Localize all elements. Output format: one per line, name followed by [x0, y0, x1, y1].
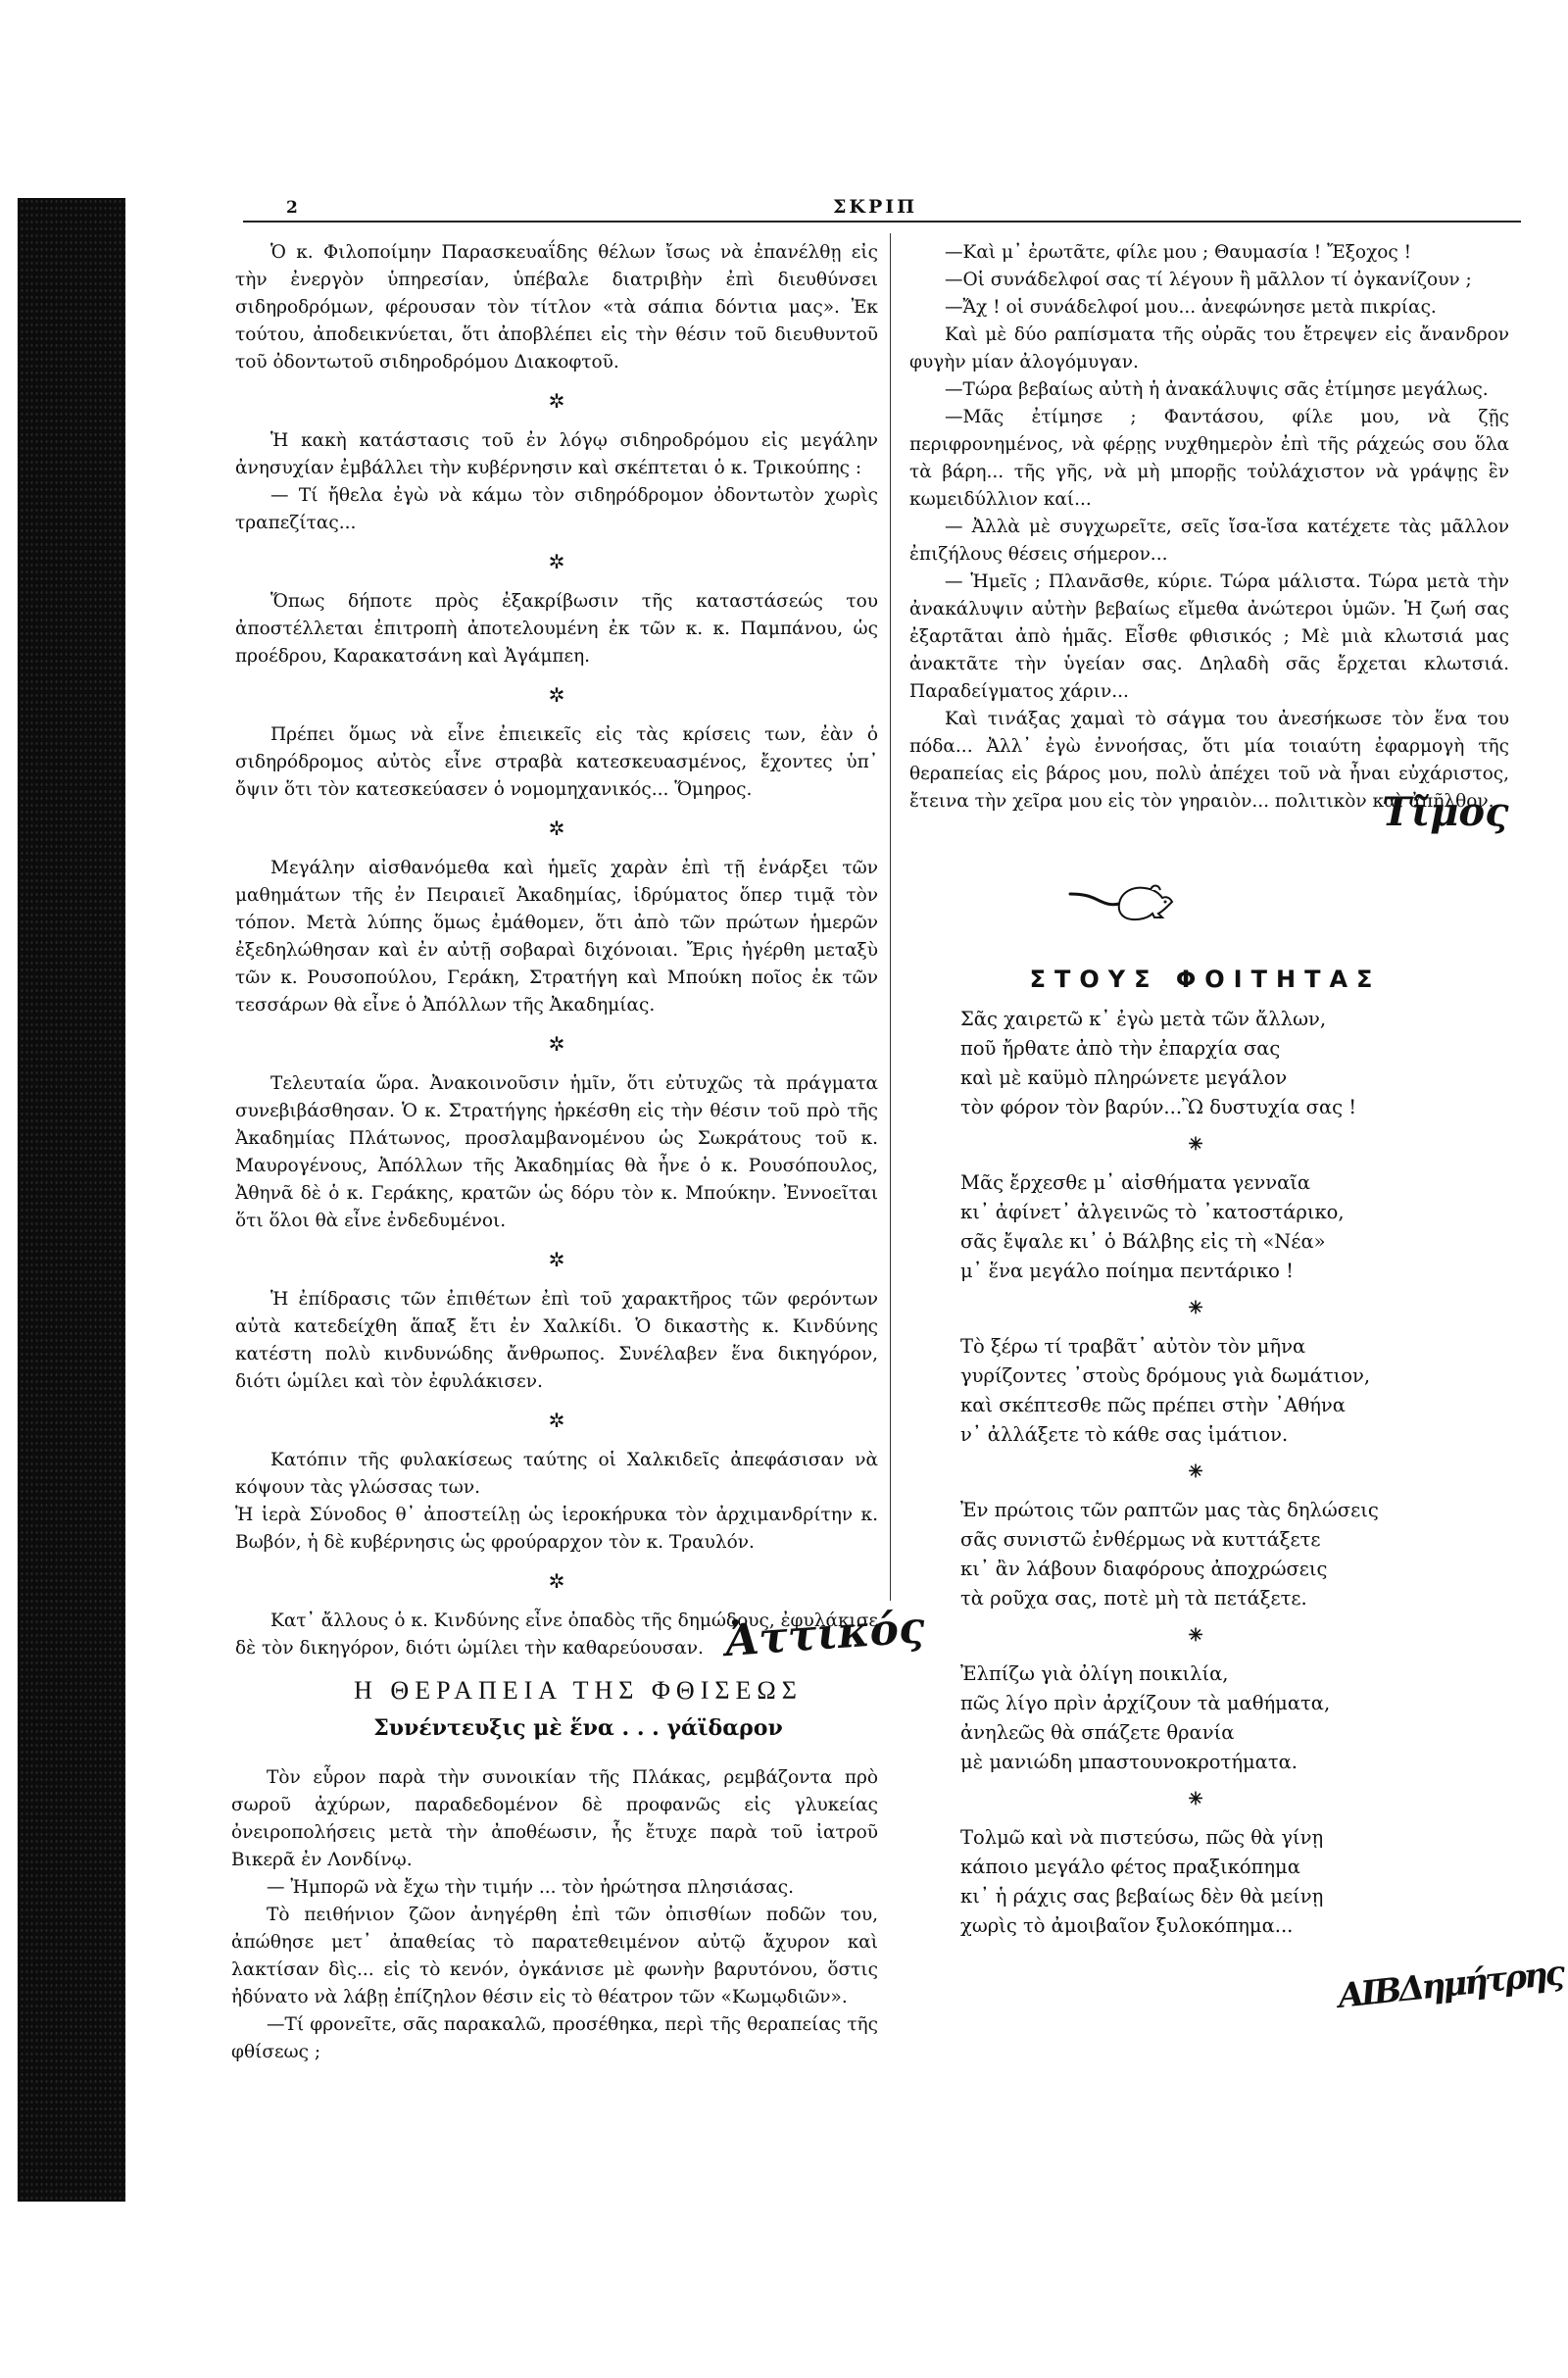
article-paragraph: —Μᾶς ἐτίμησε ; Φαντάσου, φίλε μου, νὰ ζῇ…: [909, 404, 1509, 514]
asterism-separator: ✲: [235, 1408, 878, 1433]
poem-line: καὶ σκέπτεσθε πῶς πρέπει στὴν ᾿Αθήνα: [960, 1391, 1450, 1420]
news-item: Ὁ κ. Φιλοποίμην Παρασκευαΐδης θέλων ἴσως…: [235, 239, 878, 376]
news-item: Ὅπως δήποτε πρὸς ἐξακρίβωσιν τῆς καταστά…: [235, 588, 878, 670]
poem-stanza: Ἐν πρώτοις τῶν ραπτῶν μας τὰς δηλώσειςσᾶ…: [960, 1496, 1450, 1613]
poem-line: ἀνηλεῶς θὰ σπάζετε θρανία: [960, 1718, 1450, 1748]
poem-separator: ✳: [951, 1134, 1441, 1155]
poem-line: ποῦ ἤρθατε ἀπὸ τὴν ἐπαρχία σας: [960, 1034, 1450, 1064]
poem-line: κι᾿ ἀφίνετ᾿ ἀλγεινῶς τὸ ᾿κατοστάρικο,: [960, 1198, 1450, 1227]
left-column-news: Ὁ κ. Φιλοποίμην Παρασκευαΐδης θέλων ἴσως…: [235, 239, 878, 1662]
news-item: Ἡ κακὴ κατάστασις τοῦ ἐν λόγῳ σιδηροδρόμ…: [235, 427, 878, 482]
poem-body: Σᾶς χαιρετῶ κ᾿ ἐγὼ μετὰ τῶν ἄλλων,ποῦ ἤρ…: [960, 1005, 1450, 1941]
article-paragraph: — Ἀλλὰ μὲ συγχωρεῖτε, σεῖς ἴσα-ἴσα κατέχ…: [909, 514, 1509, 569]
news-item: Πρέπει ὅμως νὰ εἶνε ἐπιεικεῖς εἰς τὰς κρ…: [235, 721, 878, 804]
poem-stanza: Μᾶς ἔρχεσθε μ᾿ αἰσθήματα γενναῖακι᾿ ἀφίν…: [960, 1168, 1450, 1286]
signature-poet: ΑΙΒΔημήτρης: [1337, 1954, 1565, 2016]
news-item: Κατόπιν τῆς φυλακίσεως ταύτης οἱ Χαλκιδε…: [235, 1447, 878, 1502]
poem-line: Ἐλπίζω γιὰ ὀλίγη ποικιλία,: [960, 1660, 1450, 1689]
poem-title: ΣΤΟΥΣ ΦΟΙΤΗΤΑΣ: [990, 966, 1421, 993]
page-number: 2: [286, 198, 298, 218]
mouse-illustration-icon: [1068, 882, 1186, 931]
news-item: — Τί ἤθελα ἐγὼ νὰ κάμω τὸν σιδηρόδρομον …: [235, 482, 878, 537]
news-item: Μεγάλην αἰσθανόμεθα καὶ ἡμεῖς χαρὰν ἐπὶ …: [235, 855, 878, 1019]
asterism-separator: ✲: [235, 1568, 878, 1594]
article-paragraph: Τὸν εὗρον παρὰ τὴν συνοικίαν τῆς Πλάκας,…: [231, 1764, 878, 1874]
poem-line: μ᾿ ἕνα μεγάλο ποίημα πεντάρικο !: [960, 1257, 1450, 1286]
poem-separator: ✳: [951, 1298, 1441, 1318]
poem-line: σᾶς συνιστῶ ἐνθέρμως νὰ κυττάξετε: [960, 1525, 1450, 1555]
newspaper-masthead: ΣΚΡΙΠ: [833, 196, 917, 218]
column-divider: [890, 233, 891, 1601]
poem-stanza: Τὸ ξέρω τί τραβᾶτ᾿ αὐτὸν τὸν μῆναγυρίζον…: [960, 1332, 1450, 1450]
poem-stanza: Τολμῶ καὶ νὰ πιστεύσω, πῶς θὰ γίνῃκάποιο…: [960, 1823, 1450, 1941]
article-paragraph: — Ἠμπορῶ νὰ ἔχω τὴν τιμήν ... τὸν ἠρώτησ…: [231, 1874, 878, 1902]
article-title: Η ΘΕΡΑΠΕΙΑ ΤΗΣ ΦΘΙΣΕΩΣ: [294, 1676, 862, 1706]
scan-edge-shadow: [0, 198, 125, 2202]
poem-line: σᾶς ἔψαλε κι᾿ ὁ Βάλβης εἰς τὴ «Νέα»: [960, 1227, 1450, 1257]
asterism-separator: ✲: [235, 816, 878, 841]
asterism-separator: ✲: [235, 1247, 878, 1272]
poem-line: χωρὶς τὸ ἀμοιβαῖον ξυλοκόπημα...: [960, 1911, 1450, 1941]
article-paragraph: —Ἄχ ! οἱ συνάδελφοί μου... ἀνεφώνησε μετ…: [909, 294, 1509, 322]
asterism-separator: ✲: [235, 549, 878, 574]
header-rule: [243, 221, 1521, 223]
article-body-right: —Καὶ μ᾿ ἐρωτᾶτε, φίλε μου ; Θαυμασία ! Ἔ…: [909, 239, 1509, 816]
asterism-separator: ✲: [235, 1031, 878, 1057]
news-item: Τελευταία ὥρα. Ἀνακοινοῦσιν ἡμῖν, ὅτι εὐ…: [235, 1070, 878, 1235]
article-paragraph: —Τώρα βεβαίως αὐτὴ ἡ ἀνακάλυψις σᾶς ἐτίμ…: [909, 376, 1509, 404]
signature-timos: Τῖμος: [1382, 789, 1508, 835]
poem-line: τὰ ροῦχα σας, ποτὲ μὴ τὰ πετάξετε.: [960, 1584, 1450, 1613]
asterism-separator: ✲: [235, 388, 878, 414]
poem-line: καὶ μὲ καϋμὸ πληρώνετε μεγάλον: [960, 1064, 1450, 1093]
poem-separator: ✳: [951, 1625, 1441, 1646]
poem-line: Τολμῶ καὶ νὰ πιστεύσω, πῶς θὰ γίνῃ: [960, 1823, 1450, 1853]
poem-line: Ἐν πρώτοις τῶν ραπτῶν μας τὰς δηλώσεις: [960, 1496, 1450, 1525]
poem-line: κι᾿ ἡ ράχις σας βεβαίως δὲν θὰ μείνῃ: [960, 1882, 1450, 1911]
article-paragraph: —Τί φρονεῖτε, σᾶς παρακαλῶ, προσέθηκα, π…: [231, 2011, 878, 2066]
article-subtitle: Συνέντευξις μὲ ἕνα . . . γάϊδαρον: [294, 1715, 862, 1741]
poem-separator: ✳: [951, 1461, 1441, 1482]
poem-line: πῶς λίγο πρὶν ἀρχίζουν τὰ μαθήματα,: [960, 1689, 1450, 1718]
poem-line: Σᾶς χαιρετῶ κ᾿ ἐγὼ μετὰ τῶν ἄλλων,: [960, 1005, 1450, 1034]
news-item: Ἡ ἱερὰ Σύνοδος θ᾿ ἀποστείλῃ ὡς ἱεροκήρυκ…: [235, 1502, 878, 1557]
poem-stanza: Ἐλπίζω γιὰ ὀλίγη ποικιλία,πῶς λίγο πρὶν …: [960, 1660, 1450, 1777]
article-paragraph: —Οἱ συνάδελφοί σας τί λέγουν ἢ μᾶλλον τί…: [909, 267, 1509, 294]
poem-line: Μᾶς ἔρχεσθε μ᾿ αἰσθήματα γενναῖα: [960, 1168, 1450, 1198]
article-paragraph: — Ἡμεῖς ; Πλανᾶσθε, κύριε. Τώρα μάλιστα.…: [909, 569, 1509, 706]
article-paragraph: Τὸ πειθήνιον ζῶον ἀνηγέρθη ἐπὶ τῶν ὀπισθ…: [231, 1902, 878, 2011]
asterism-separator: ✲: [235, 682, 878, 708]
article-paragraph: —Καὶ μ᾿ ἐρωτᾶτε, φίλε μου ; Θαυμασία ! Ἔ…: [909, 239, 1509, 267]
poem-separator: ✳: [951, 1789, 1441, 1809]
news-item: Ἡ ἐπίδρασις τῶν ἐπιθέτων ἐπὶ τοῦ χαρακτῆ…: [235, 1286, 878, 1396]
poem-line: Τὸ ξέρω τί τραβᾶτ᾿ αὐτὸν τὸν μῆνα: [960, 1332, 1450, 1362]
poem-line: γυρίζοντες ᾿στοὺς δρόμους γιὰ δωμάτιον,: [960, 1362, 1450, 1391]
article-body-left: Τὸν εὗρον παρὰ τὴν συνοικίαν τῆς Πλάκας,…: [231, 1764, 878, 2066]
poem-line: κι᾿ ἂν λάβουν διαφόρους ἀποχρώσεις: [960, 1555, 1450, 1584]
poem-line: ν᾿ ἀλλάξετε τὸ κάθε σας ἱμάτιον.: [960, 1420, 1450, 1450]
poem-line: τὸν φόρον τὸν βαρύν...Ὢ δυστυχία σας !: [960, 1093, 1450, 1122]
poem-line: κάποιο μεγάλο φέτος πραξικόπημα: [960, 1853, 1450, 1882]
poem-line: μὲ μανιώδη μπαστουνοκροτήματα.: [960, 1748, 1450, 1777]
poem-stanza: Σᾶς χαιρετῶ κ᾿ ἐγὼ μετὰ τῶν ἄλλων,ποῦ ἤρ…: [960, 1005, 1450, 1122]
article-paragraph: Καὶ μὲ δύο ραπίσματα τῆς οὐρᾶς του ἔτρεψ…: [909, 322, 1509, 376]
